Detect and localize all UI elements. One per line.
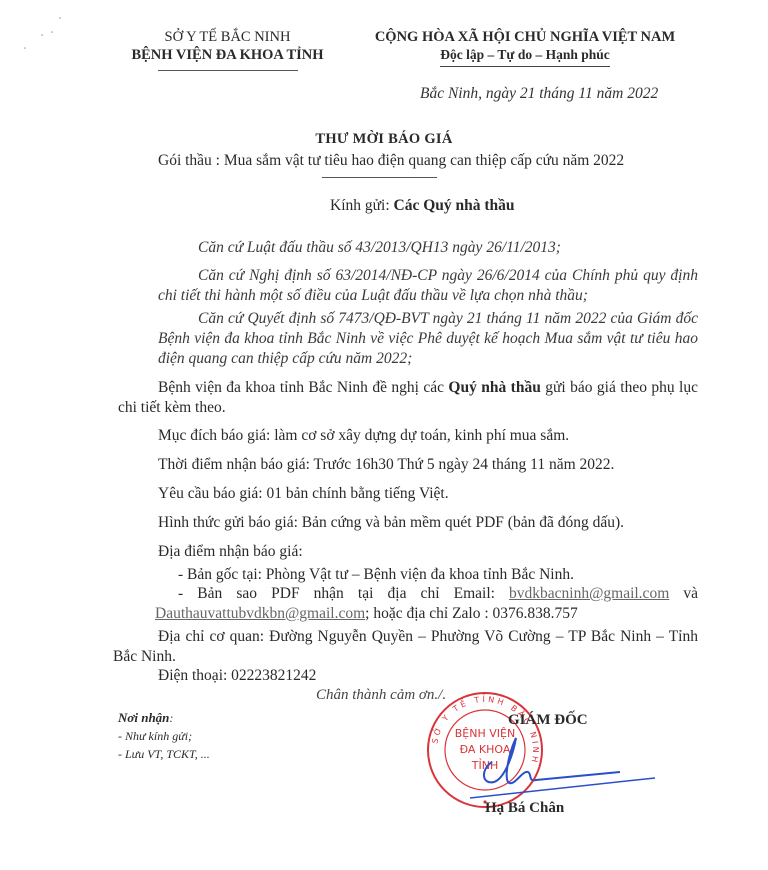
email-link-1[interactable]: bvdkbacninh@gmail.com xyxy=(509,585,669,602)
header-left-divider xyxy=(158,70,298,71)
location-original: - Bản gốc tại: Phòng Vật tư – Bệnh viện … xyxy=(178,566,574,584)
legal-basis-1: Căn cứ Luật đấu thầu số 43/2013/QH13 ngà… xyxy=(158,238,698,258)
request-text: Bệnh viện đa khoa tỉnh Bắc Ninh đề nghị … xyxy=(158,379,448,396)
location-copy: - Bản sao PDF nhận tại địa chỉ Email: bv… xyxy=(155,584,698,624)
document-title: THƯ MỜI BÁO GIÁ xyxy=(0,131,768,148)
phone-line: Điện thoại: 02223821242 xyxy=(158,667,316,685)
request-bold: Quý nhà thầu xyxy=(448,379,540,396)
signer-title: GIÁM ĐỐC xyxy=(508,712,588,729)
email-link-2[interactable]: Dauthauvattubvdkbn@gmail.com xyxy=(155,605,365,622)
recipients-heading: Nơi nhận xyxy=(118,710,169,725)
date-line: Bắc Ninh, ngày 21 tháng 11 năm 2022 xyxy=(420,85,658,103)
scan-specks xyxy=(20,10,80,50)
purpose-line: Mục đích báo giá: làm cơ sở xây dựng dự … xyxy=(158,427,569,445)
legal-basis-2: Căn cứ Nghị định số 63/2014/NĐ-CP ngày 2… xyxy=(158,266,698,306)
signature-scribble xyxy=(470,730,660,810)
national-motto: Độc lập – Tự do – Hạnh phúc xyxy=(440,46,610,67)
location-label: Địa điểm nhận báo giá: xyxy=(158,543,303,561)
package-line: Gói thầu : Mua sắm vật tư tiêu hao điện … xyxy=(158,152,624,170)
address-line: Địa chỉ cơ quan: Đường Nguyễn Quyền – Ph… xyxy=(113,627,698,667)
recipient-item: - Như kính gửi; xyxy=(118,727,210,745)
header-left: SỞ Y TẾ BẮC NINH BỆNH VIỆN ĐA KHOA TỈNH xyxy=(120,28,335,71)
package-divider xyxy=(322,177,437,178)
submission-form-line: Hình thức gửi báo giá: Bản cứng và bản m… xyxy=(158,514,624,532)
legal-basis-3: Căn cứ Quyết định số 7473/QĐ-BVT ngày 21… xyxy=(158,309,698,369)
location-copy-text: - Bản sao PDF nhận tại địa chỉ Email: xyxy=(178,585,509,602)
greeting-recipient: Các Quý nhà thầu xyxy=(394,197,515,214)
greeting: Kính gửi: Các Quý nhà thầu xyxy=(330,197,515,215)
requirement-line: Yêu cầu báo giá: 01 bản chính bằng tiếng… xyxy=(158,485,449,503)
agency-name: SỞ Y TẾ BẮC NINH xyxy=(120,28,335,46)
country-name: CỘNG HÒA XÃ HỘI CHỦ NGHĨA VIỆT NAM xyxy=(360,28,690,46)
organization-name: BỆNH VIỆN ĐA KHOA TỈNH xyxy=(120,46,335,64)
conjunction: và xyxy=(669,585,698,602)
recipient-item: - Lưu VT, TCKT, ... xyxy=(118,745,210,763)
deadline-line: Thời điểm nhận báo giá: Trước 16h30 Thứ … xyxy=(158,456,614,474)
greeting-prefix: Kính gửi: xyxy=(330,197,394,214)
zalo-text: ; hoặc địa chỉ Zalo : 0376.838.757 xyxy=(365,605,578,622)
recipients-block: Nơi nhận: - Như kính gửi; - Lưu VT, TCKT… xyxy=(118,709,210,763)
signer-name: Hạ Bá Chân xyxy=(485,800,564,817)
header-right: CỘNG HÒA XÃ HỘI CHỦ NGHĨA VIỆT NAM Độc l… xyxy=(360,28,690,67)
recipients-colon: : xyxy=(169,711,173,725)
request-paragraph: Bệnh viện đa khoa tỉnh Bắc Ninh đề nghị … xyxy=(118,378,698,418)
